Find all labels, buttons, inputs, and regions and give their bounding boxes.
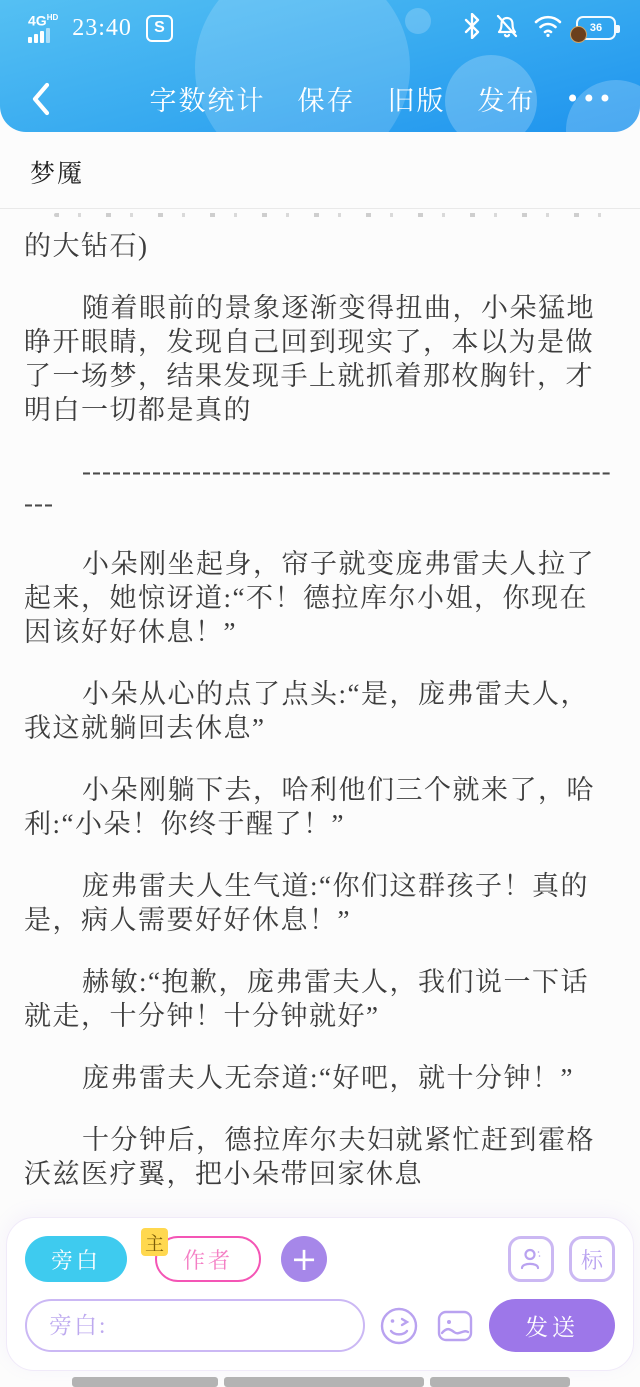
battery-theme-decoration (570, 26, 587, 43)
role-tab-label: 旁白 (51, 1244, 101, 1275)
paragraph: 赫敏:“抱歉，庞弗雷夫人，我们说一下话就走，十分钟！十分钟就好” (24, 965, 616, 1033)
screen: 4GHD 23:40 S (0, 0, 640, 1387)
signal-indicator: 4GHD (28, 13, 58, 43)
status-bar: 4GHD 23:40 S (0, 0, 640, 46)
composer-tools: 标 (508, 1236, 615, 1282)
paragraph: 十分钟后，德拉库尔夫妇就紧忙赶到霍格沃兹医疗翼，把小朵带回家休息 (24, 1123, 616, 1191)
battery-icon: 36 (576, 16, 616, 40)
nav-item[interactable]: 保存 (298, 79, 356, 118)
character-list-button[interactable] (508, 1236, 554, 1282)
network-type-label: 4GHD (28, 13, 58, 26)
chapter-title-input[interactable]: 梦魇 (30, 154, 616, 190)
paragraph: 小朵从心的点了点头:“是，庞弗雷夫人，我这就躺回去休息” (24, 677, 616, 745)
paragraph: ----------------------------------------… (24, 455, 616, 519)
role-tab-author[interactable]: 主 作者 (155, 1236, 261, 1282)
title-divider (0, 208, 640, 209)
paragraph: 小朵刚躺下去，哈利他们三个就来了，哈利:“小朵！你终于醒了！” (24, 773, 616, 841)
message-input-row: 发送 (25, 1299, 615, 1352)
message-input[interactable] (25, 1299, 365, 1352)
role-tab-narration[interactable]: 旁白 (25, 1236, 127, 1282)
paragraph: 庞弗雷夫人无奈道:“好吧，就十分钟！” (24, 1061, 616, 1095)
nav-item[interactable]: 发布 (478, 79, 536, 118)
paragraph: 小朵刚坐起身，帘子就变庞弗雷夫人拉了起来，她惊讶道:“不！德拉库尔小姐，你现在因… (24, 547, 616, 649)
signal-bars-icon (28, 28, 58, 43)
document-body[interactable]: 的大钻石)随着眼前的景象逐渐变得扭曲，小朵猛地睁开眼睛，发现自己回到现实了，本以… (24, 213, 616, 1191)
editor-area: 梦魇 的大钻石)随着眼前的景象逐渐变得扭曲，小朵猛地睁开眼睛，发现自己回到现实了… (0, 132, 640, 1191)
role-selector-row: 旁白 主 作者 + 标 (25, 1236, 615, 1282)
nav-menu: 字数统计保存旧版发布 (150, 79, 536, 118)
notifications-off-icon (494, 13, 520, 44)
more-menu-button[interactable]: ••• (566, 94, 614, 104)
status-icons: 36 (463, 13, 616, 44)
back-button[interactable] (26, 81, 56, 117)
image-icon[interactable] (433, 1304, 477, 1348)
clipped-text-remnant (54, 213, 606, 217)
paragraph: 庞弗雷夫人生气道:“你们这群孩子！真的是，病人需要好好休息！” (24, 869, 616, 937)
clock: 23:40 (72, 15, 132, 42)
emoji-icon[interactable] (377, 1304, 421, 1348)
tag-button[interactable]: 标 (569, 1236, 615, 1282)
nav-item[interactable]: 字数统计 (150, 79, 266, 118)
send-button[interactable]: 发送 (489, 1299, 615, 1352)
role-tab-label: 作者 (183, 1244, 233, 1275)
paragraph: 的大钻石) (24, 229, 616, 263)
composer-panel: 旁白 主 作者 + 标 (6, 1217, 634, 1371)
main-role-badge: 主 (141, 1228, 168, 1256)
nav-item[interactable]: 旧版 (388, 79, 446, 118)
battery-percent: 36 (590, 22, 602, 34)
add-role-button[interactable]: + (281, 1236, 327, 1282)
hd-badge: HD (47, 13, 59, 22)
keyboard-top-edge[interactable] (0, 1377, 640, 1387)
bluetooth-icon (463, 13, 481, 44)
nav-bar: 字数统计保存旧版发布 ••• (0, 79, 640, 118)
paragraph: 随着眼前的景象逐渐变得扭曲，小朵猛地睁开眼睛，发现自己回到现实了，本以为是做了一… (24, 291, 616, 427)
wifi-icon (533, 14, 563, 43)
app-header: 4GHD 23:40 S (0, 0, 640, 132)
screenshot-app-icon: S (146, 15, 173, 42)
